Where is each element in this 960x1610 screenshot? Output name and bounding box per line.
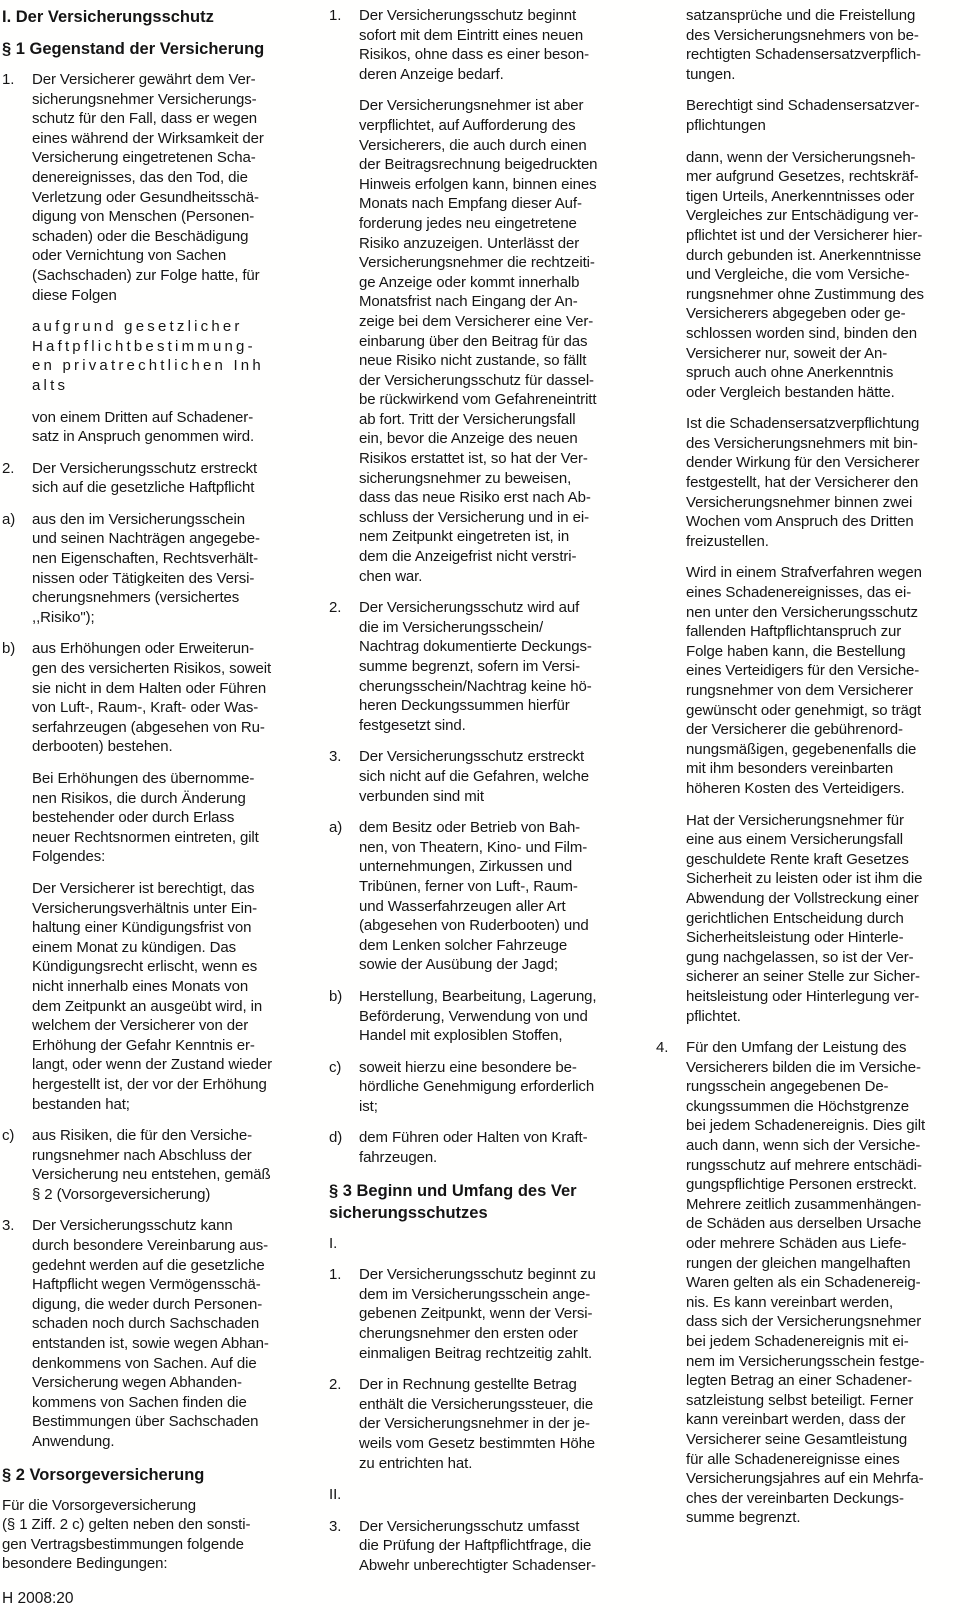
list-item: b)Herstellung, Bearbeitung, Lagerung, Be… (329, 987, 635, 1046)
list-item: b)aus Erhöhungen oder Erweiterun- gen de… (2, 639, 308, 757)
text-column-1: I. Der Versicherungsschutz§ 1 Gegenstand… (2, 6, 308, 1586)
item-text: Der Versicherungsschutz kann durch beson… (32, 1216, 308, 1451)
item-marker: 1. (329, 6, 359, 84)
item-text: Der Versicherer gewährt dem Ver- sicheru… (32, 70, 308, 305)
list-item: a)aus den im Versicherungsschein und sei… (2, 510, 308, 628)
paragraph: Für die Vorsorgeversicherung (§ 1 Ziff. … (2, 1496, 308, 1574)
item-marker: 3. (2, 1216, 32, 1451)
list-item: 2.Der in Rechnung gestellte Betrag enthä… (329, 1375, 635, 1473)
paragraph: Berechtigt sind Schadensersatzver- pflic… (686, 96, 960, 135)
item-marker: 1. (329, 1265, 359, 1363)
list-item: 2.Der Versicherungsschutz wird auf die i… (329, 598, 635, 735)
list-item: a)dem Besitz oder Betrieb von Bah- nen, … (329, 818, 635, 975)
section-heading: § 3 Beginn und Umfang des Ver sicherungs… (329, 1180, 635, 1224)
item-text: soweit hierzu eine besondere be- hördlic… (359, 1058, 635, 1117)
item-marker: I. (329, 1234, 359, 1254)
text-column-2: 1.Der Versicherungsschutz beginnt sofort… (329, 6, 635, 1588)
item-marker: 2. (329, 1375, 359, 1473)
item-marker: a) (329, 818, 359, 975)
item-text: Für den Umfang der Leistung des Versiche… (686, 1038, 960, 1528)
list-item: 1.Der Versicherer gewährt dem Ver- siche… (2, 70, 308, 305)
list-item: d)dem Führen oder Halten von Kraft- fahr… (329, 1128, 635, 1167)
item-text: Der Versicherungsschutz erstreckt sich n… (359, 747, 635, 806)
list-item: 2.Der Versicherungsschutz erstreckt sich… (2, 459, 308, 498)
paragraph: Bei Erhöhungen des übernomme- nen Risiko… (32, 769, 308, 867)
paragraph: von einem Dritten auf Schadener- satz in… (32, 408, 308, 447)
item-text: aus den im Versicherungsschein und seine… (32, 510, 308, 628)
item-marker: II. (329, 1485, 359, 1505)
list-item: c)soweit hierzu eine besondere be- hördl… (329, 1058, 635, 1117)
item-marker: 3. (329, 1517, 359, 1576)
item-text: aus Risiken, die für den Versiche- rungs… (32, 1126, 308, 1204)
list-item: 3.Der Versicherungsschutz umfasst die Pr… (329, 1517, 635, 1576)
list-item: 1.Der Versicherungsschutz beginnt sofort… (329, 6, 635, 84)
paragraph: Der Versicherer ist berechtigt, das Vers… (32, 879, 308, 1114)
item-text (359, 1234, 635, 1254)
paragraph: Der Versicherungsnehmer ist aber verpfli… (359, 96, 635, 586)
list-item: 3.Der Versicherungsschutz kann durch bes… (2, 1216, 308, 1451)
list-item: c)aus Risiken, die für den Versiche- run… (2, 1126, 308, 1204)
item-marker: 1. (2, 70, 32, 305)
item-marker: a) (2, 510, 32, 628)
footer-code: H 2008:20 (2, 1589, 74, 1609)
item-marker: b) (329, 987, 359, 1046)
list-item: 1.Der Versicherungsschutz beginnt zu dem… (329, 1265, 635, 1363)
item-marker: 4. (656, 1038, 686, 1528)
text-columns: I. Der Versicherungsschutz§ 1 Gegenstand… (2, 6, 960, 1588)
item-text: Der Versicherungsschutz beginnt zu dem i… (359, 1265, 635, 1363)
item-text: dem Besitz oder Betrieb von Bah- nen, vo… (359, 818, 635, 975)
paragraph: aufgrund gesetzlicher Haftpflichtbestimm… (32, 317, 308, 395)
document-page: I. Der Versicherungsschutz§ 1 Gegenstand… (0, 0, 960, 1610)
paragraph: Hat der Versicherungsnehmer für eine aus… (686, 811, 960, 1027)
paragraph: dann, wenn der Versicherungsneh- mer auf… (686, 148, 960, 403)
item-text: Der Versicherungsschutz umfasst die Prüf… (359, 1517, 635, 1576)
item-text: dem Führen oder Halten von Kraft- fahrze… (359, 1128, 635, 1167)
list-item: I. (329, 1234, 635, 1254)
item-text (359, 1485, 635, 1505)
item-text: Der Versicherungsschutz beginnt sofort m… (359, 6, 635, 84)
section-heading: § 2 Vorsorgeversicherung (2, 1464, 308, 1486)
item-text: Der in Rechnung gestellte Betrag enthält… (359, 1375, 635, 1473)
paragraph: Wird in einem Strafverfahren wegen eines… (686, 563, 960, 798)
text-column-3: satzansprüche und die Freistellung des V… (656, 6, 960, 1540)
list-item: II. (329, 1485, 635, 1505)
item-text: Der Versicherungsschutz wird auf die im … (359, 598, 635, 735)
item-marker: 2. (2, 459, 32, 498)
section-heading: I. Der Versicherungsschutz (2, 6, 308, 28)
list-item: 4.Für den Umfang der Leistung des Versic… (656, 1038, 960, 1528)
paragraph: Ist die Schadensersatzverpflichtung des … (686, 414, 960, 551)
item-text: Der Versicherungsschutz erstreckt sich a… (32, 459, 308, 498)
item-marker: b) (2, 639, 32, 757)
item-marker: 3. (329, 747, 359, 806)
list-item: 3.Der Versicherungsschutz erstreckt sich… (329, 747, 635, 806)
paragraph: satzansprüche und die Freistellung des V… (686, 6, 960, 84)
item-marker: d) (329, 1128, 359, 1167)
item-marker: c) (329, 1058, 359, 1117)
item-marker: c) (2, 1126, 32, 1204)
section-heading: § 1 Gegenstand der Versicherung (2, 38, 308, 60)
item-text: aus Erhöhungen oder Erweiterun- gen des … (32, 639, 308, 757)
item-marker: 2. (329, 598, 359, 735)
item-text: Herstellung, Bearbeitung, Lagerung, Befö… (359, 987, 635, 1046)
